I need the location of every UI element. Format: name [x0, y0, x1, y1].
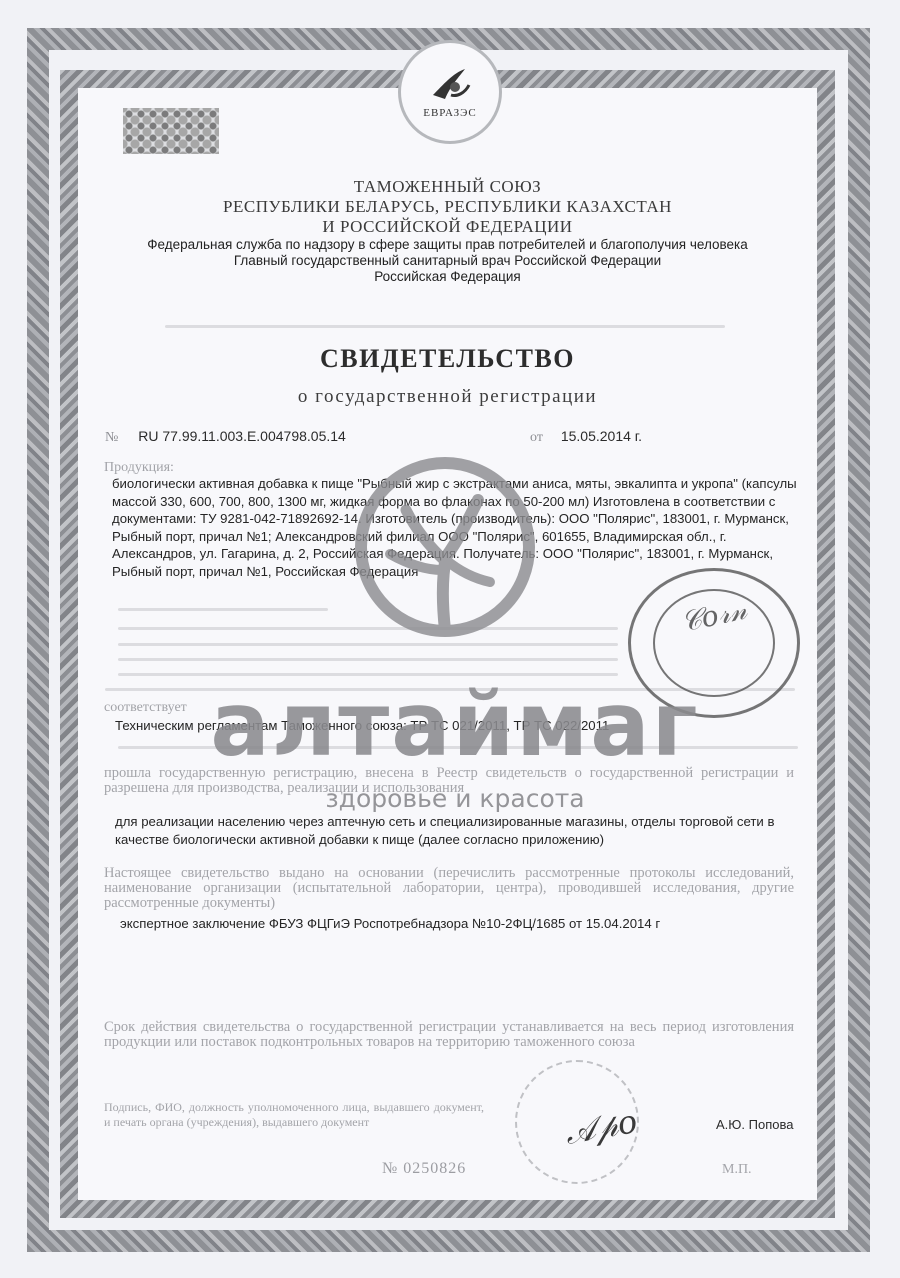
watermark-tagline: здоровье и красота: [200, 784, 710, 813]
serial-number: № 0250826: [382, 1160, 466, 1178]
validity-statement: Срок действия свидетельства о государств…: [104, 1020, 794, 1050]
number-prefix: №: [105, 430, 118, 445]
watermark-brand: алтаймаг: [200, 680, 710, 770]
registration-date: от 15.05.2014 г.: [530, 428, 642, 446]
product-label: Продукция:: [104, 460, 174, 476]
usage-text: для реализации населению через аптечную …: [115, 813, 827, 848]
tree-in-circle-icon: [350, 452, 540, 642]
union-line-3: И РОССИЙСКОЙ ФЕДЕРАЦИИ: [78, 217, 817, 237]
union-line-2: РЕСПУБЛИКИ БЕЛАРУСЬ, РЕСПУБЛИКИ КАЗАХСТА…: [78, 197, 817, 217]
faint-background-line: [118, 608, 328, 611]
basis-statement: Настоящее свидетельство выдано на основа…: [104, 866, 794, 911]
date-value: 15.05.2014 г.: [561, 428, 642, 444]
faint-background-line: [118, 658, 618, 661]
customs-union-heading: ТАМОЖЕННЫЙ СОЮЗ РЕСПУБЛИКИ БЕЛАРУСЬ, РЕС…: [78, 177, 817, 237]
agency-heading: Федеральная служба по надзору в сфере за…: [78, 237, 817, 285]
agency-line-3: Российская Федерация: [78, 269, 817, 285]
hologram-pattern: [123, 108, 219, 154]
registration-number: № RU 77.99.11.003.Е.004798.05.14: [105, 428, 346, 446]
eurasec-bird-icon: [425, 65, 475, 105]
conformity-label: соответствует: [104, 700, 187, 716]
certificate-title: СВИДЕТЕЛЬСТВО: [78, 344, 817, 374]
agency-line-2: Главный государственный санитарный врач …: [78, 253, 817, 269]
date-prefix: от: [530, 430, 543, 445]
signature-label: Подпись, ФИО, должность уполномоченного …: [104, 1100, 484, 1130]
faint-background-line: [165, 325, 725, 328]
certificate-subtitle: о государственной регистрации: [78, 386, 817, 408]
eurasec-emblem: ЕВРАЗЭС: [398, 40, 502, 144]
agency-line-1: Федеральная служба по надзору в сфере за…: [78, 237, 817, 253]
emblem-label: ЕВРАЗЭС: [423, 107, 477, 119]
stamp-place-label: М.П.: [722, 1162, 752, 1178]
union-line-1: ТАМОЖЕННЫЙ СОЮЗ: [78, 177, 817, 197]
faint-background-line: [118, 643, 618, 646]
basis-value: экспертное заключение ФБУЗ ФЦГиЭ Роспотр…: [120, 915, 820, 933]
number-value: RU 77.99.11.003.Е.004798.05.14: [138, 428, 346, 444]
signer-name: А.Ю. Попова: [716, 1117, 793, 1132]
